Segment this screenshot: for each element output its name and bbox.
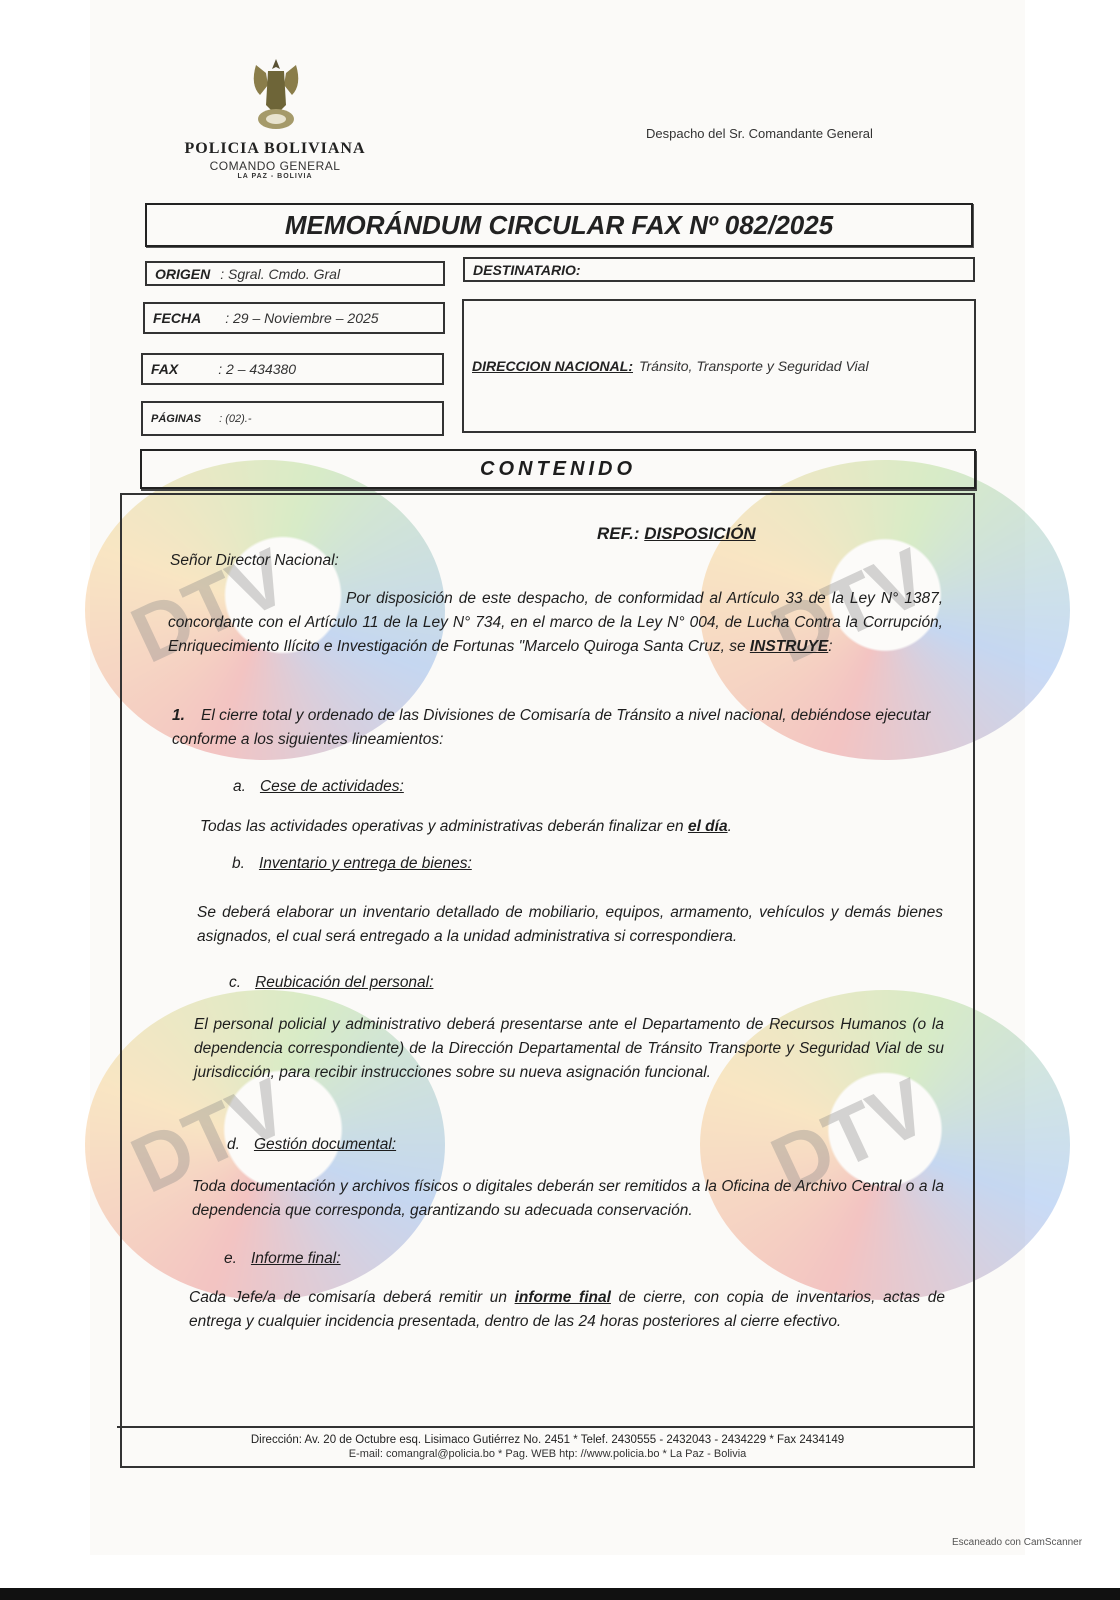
subitem-text: Todas las actividades operativas y admin… bbox=[200, 815, 960, 839]
subitem-body-end: . bbox=[728, 818, 732, 835]
field-fecha: FECHA : 29 – Noviembre – 2025 bbox=[143, 302, 445, 334]
office-label: Despacho del Sr. Comandante General bbox=[646, 126, 873, 141]
subitem-letter: e. bbox=[224, 1250, 237, 1267]
subitem-emphasis: el día bbox=[688, 818, 728, 835]
footer-address: Dirección: Av. 20 de Octubre esq. Lisima… bbox=[120, 1434, 975, 1446]
subitem-heading: e.Informe final: bbox=[224, 1250, 341, 1268]
intro-emphasis: INSTRUYE bbox=[750, 638, 828, 655]
subitem-heading: c.Reubicación del personal: bbox=[229, 974, 433, 992]
subitem-letter: a. bbox=[233, 778, 246, 795]
subitem-emphasis: informe final bbox=[515, 1289, 611, 1306]
field-fax: FAX : 2 – 434380 bbox=[141, 353, 444, 385]
footer-divider bbox=[117, 1426, 974, 1428]
subitem-title: Gestión documental: bbox=[254, 1136, 396, 1153]
memo-title-box: MEMORÁNDUM CIRCULAR FAX Nº 082/2025 bbox=[145, 203, 973, 247]
contenido-label: CONTENIDO bbox=[480, 458, 636, 481]
field-value: : 2 – 434380 bbox=[218, 361, 296, 377]
field-destinatario: DESTINATARIO: bbox=[463, 257, 975, 282]
subitem-text: Se deberá elaborar un inventario detalla… bbox=[197, 901, 943, 949]
field-label: DESTINATARIO: bbox=[473, 262, 581, 278]
ref-value: DISPOSICIÓN bbox=[644, 524, 755, 543]
subitem-text: Toda documentación y archivos físicos o … bbox=[192, 1175, 944, 1223]
subitem-heading: b.Inventario y entrega de bienes: bbox=[232, 855, 472, 873]
subitem-title: Informe final: bbox=[251, 1250, 341, 1267]
field-origen: ORIGEN : Sgral. Cmdo. Gral bbox=[145, 261, 445, 286]
field-label: FECHA bbox=[153, 310, 201, 326]
contenido-header: CONTENIDO bbox=[140, 449, 976, 489]
bottom-bar bbox=[0, 1588, 1120, 1600]
item-text: El cierre total y ordenado de las Divisi… bbox=[172, 707, 930, 748]
field-label: DIRECCION NACIONAL: bbox=[472, 358, 633, 374]
field-label: ORIGEN bbox=[155, 266, 210, 282]
footer-contact: E-mail: comangral@policia.bo * Pag. WEB … bbox=[120, 1448, 975, 1460]
field-value: : (02).- bbox=[219, 413, 251, 425]
memo-title: MEMORÁNDUM CIRCULAR FAX Nº 082/2025 bbox=[285, 210, 833, 241]
field-direccion-nacional: DIRECCION NACIONAL: Tránsito, Transporte… bbox=[462, 299, 976, 433]
intro-paragraph: Por disposición de este despacho, de con… bbox=[168, 587, 943, 659]
field-label: FAX bbox=[151, 361, 178, 377]
scanner-label: Escaneado con CamScanner bbox=[952, 1537, 1082, 1548]
subitem-letter: d. bbox=[227, 1136, 240, 1153]
subitem-heading: d.Gestión documental: bbox=[227, 1136, 396, 1154]
subitem-letter: b. bbox=[232, 855, 245, 872]
subitem-title: Reubicación del personal: bbox=[255, 974, 433, 991]
subitem-text: Cada Jefe/a de comisaría deberá remitir … bbox=[189, 1286, 945, 1334]
field-value: : Sgral. Cmdo. Gral bbox=[220, 266, 340, 282]
org-subtitle: COMANDO GENERAL bbox=[165, 159, 385, 173]
ref-prefix: REF.: bbox=[597, 524, 640, 543]
reference-line: REF.: DISPOSICIÓN bbox=[597, 522, 756, 546]
subitem-title: Cese de actividades: bbox=[260, 778, 404, 795]
item-number: 1. bbox=[172, 704, 201, 728]
org-location: LA PAZ - BOLIVIA bbox=[165, 173, 385, 180]
subitem-letter: c. bbox=[229, 974, 241, 991]
subitem-title: Inventario y entrega de bienes: bbox=[259, 855, 472, 872]
subitem-body: Todas las actividades operativas y admin… bbox=[200, 818, 688, 835]
org-name: POLICIA BOLIVIANA bbox=[165, 140, 385, 158]
salutation: Señor Director Nacional: bbox=[170, 549, 339, 573]
subitem-text: El personal policial y administrativo de… bbox=[194, 1013, 944, 1085]
field-label: PÁGINAS bbox=[151, 413, 201, 425]
numbered-item: 1.El cierre total y ordenado de las Divi… bbox=[172, 704, 944, 752]
police-eagle-emblem-icon bbox=[246, 55, 306, 135]
field-paginas: PÁGINAS : (02).- bbox=[141, 401, 444, 436]
field-value: Tránsito, Transporte y Seguridad Vial bbox=[639, 358, 869, 374]
subitem-heading: a.Cese de actividades: bbox=[233, 778, 404, 796]
subitem-body: Cada Jefe/a de comisaría deberá remitir … bbox=[189, 1289, 515, 1306]
intro-end: : bbox=[828, 638, 832, 655]
field-value: : 29 – Noviembre – 2025 bbox=[225, 310, 378, 326]
